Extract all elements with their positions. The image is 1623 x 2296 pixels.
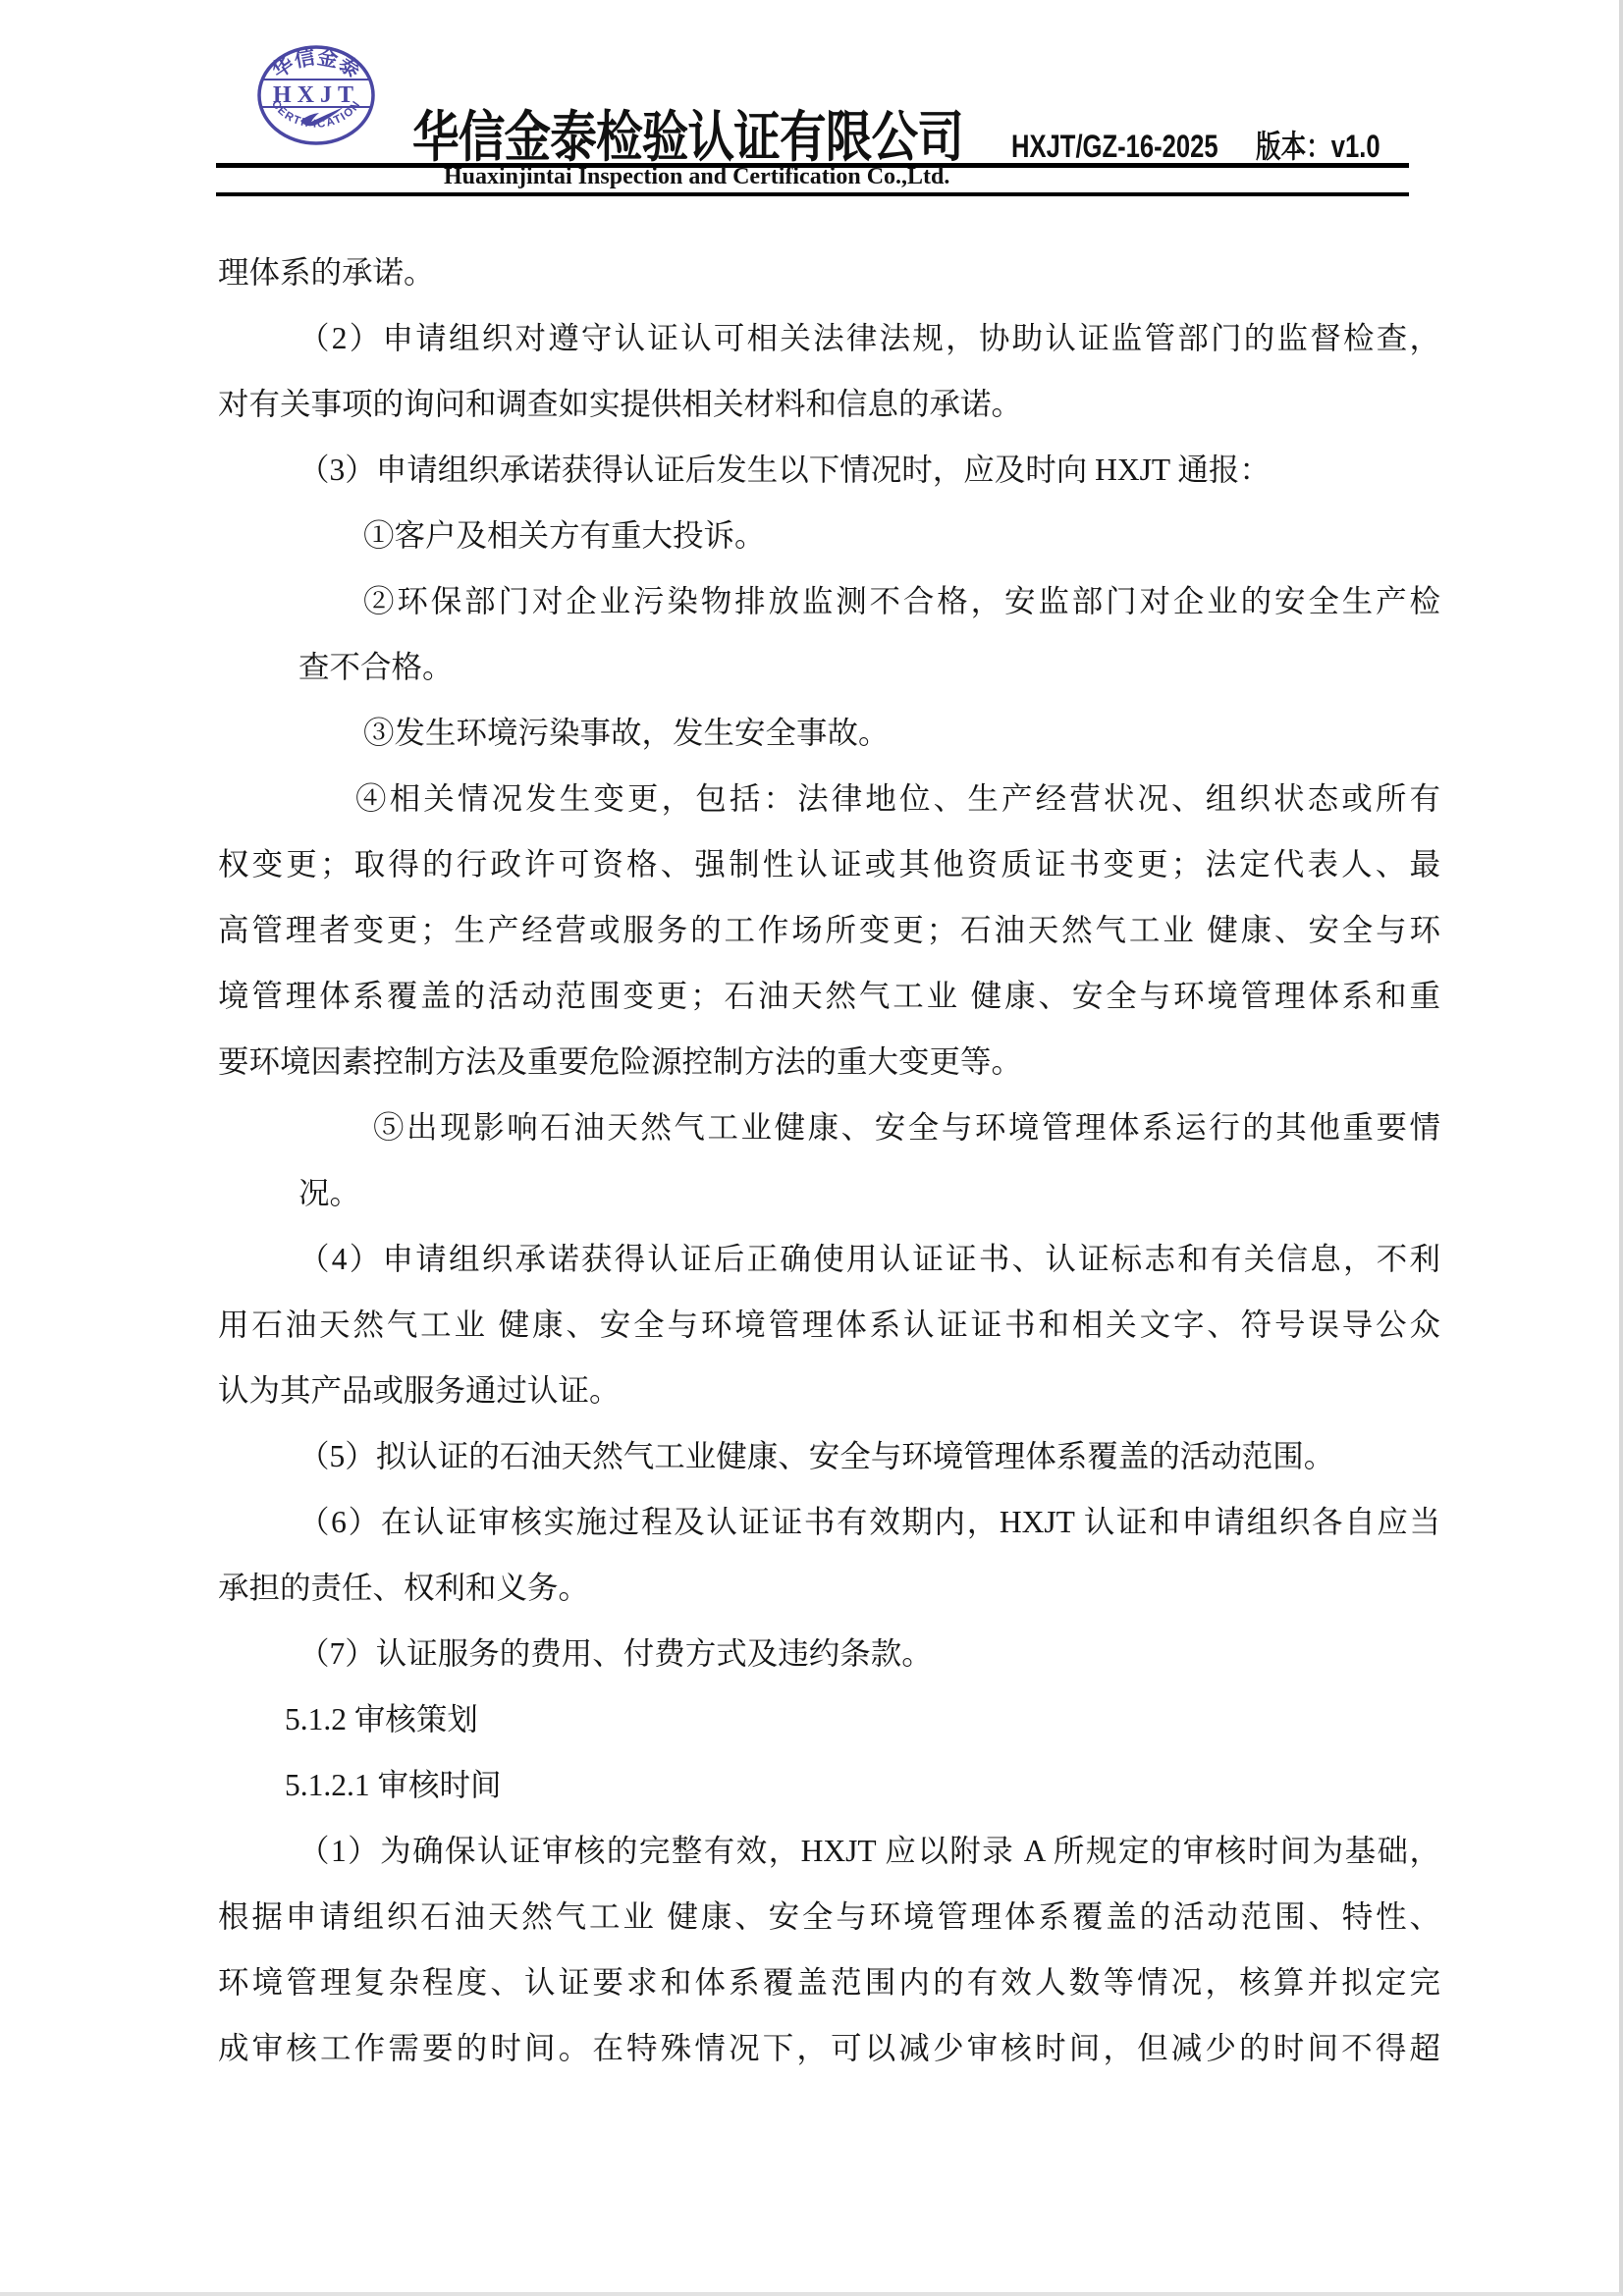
text-line: 环境管理复杂程度、认证要求和体系覆盖范围内的有效人数等情况，核算并拟定完 xyxy=(218,1949,1440,2015)
seal-middle-text: HXJT xyxy=(273,82,359,108)
text-line: （7）认证服务的费用、付费方式及违约条款。 xyxy=(218,1621,1440,1686)
text-line: 查不合格。 xyxy=(218,634,1440,700)
document-body: 理体系的承诺。（2）申请组织对遵守认证认可相关法律法规，协助认证监管部门的监督检… xyxy=(218,240,1440,2081)
text-line: ③发生环境污染事故，发生安全事故。 xyxy=(218,700,1440,766)
text-line: （6）在认证审核实施过程及认证证书有效期内，HXJT 认证和申请组织各自应当 xyxy=(218,1489,1440,1555)
text-line: 承担的责任、权利和义务。 xyxy=(218,1555,1440,1621)
text-line: 5.1.2 审核策划 xyxy=(218,1686,1440,1752)
text-line: ⑤出现影响石油天然气工业健康、安全与环境管理体系运行的其他重要情 xyxy=(218,1095,1440,1160)
document-page: 华信金泰 HXJT CERTIFICATION 华信金泰检验认证有限公司 HXJ… xyxy=(0,0,1623,2296)
company-name-en: Huaxinjintai Inspection and Certificatio… xyxy=(444,164,949,190)
text-line: 理体系的承诺。 xyxy=(218,240,1440,305)
text-line: 权变更；取得的行政许可资格、强制性认证或其他资质证书变更；法定代表人、最 xyxy=(218,831,1440,897)
text-line: 根据申请组织石油天然气工业 健康、安全与环境管理体系覆盖的活动范围、特性、 xyxy=(218,1884,1440,1949)
text-line: ④相关情况发生变更，包括：法律地位、生产经营状况、组织状态或所有 xyxy=(218,766,1440,831)
doc-number: HXJT/GZ-16-2025 xyxy=(1011,129,1218,165)
text-line: 况。 xyxy=(218,1160,1440,1226)
company-name-cn: 华信金泰检验认证有限公司 xyxy=(412,94,963,173)
text-line: 要环境因素控制方法及重要危险源控制方法的重大变更等。 xyxy=(218,1029,1440,1095)
text-line: （3）申请组织承诺获得认证后发生以下情况时，应及时向 HXJT 通报： xyxy=(218,437,1440,503)
text-line: （4）申请组织承诺获得认证后正确使用认证证书、认证标志和有关信息，不利 xyxy=(218,1226,1440,1292)
text-line: 境管理体系覆盖的活动范围变更；石油天然气工业 健康、安全与环境管理体系和重 xyxy=(218,963,1440,1029)
doc-version: 版本：v1.0 xyxy=(1256,122,1380,167)
text-line: （1）为确保认证审核的完整有效，HXJT 应以附录 A 所规定的审核时间为基础， xyxy=(218,1818,1440,1884)
text-line: （5）拟认证的石油天然气工业健康、安全与环境管理体系覆盖的活动范围。 xyxy=(218,1423,1440,1489)
text-line: （2）申请组织对遵守认证认可相关法律法规，协助认证监管部门的监督检查， xyxy=(218,305,1440,371)
text-line: 高管理者变更；生产经营或服务的工作场所变更；石油天然气工业 健康、安全与环 xyxy=(218,897,1440,963)
text-line: 认为其产品或服务通过认证。 xyxy=(218,1358,1440,1423)
text-line: 5.1.2.1 审核时间 xyxy=(218,1752,1440,1818)
seal-top-text: 华信金泰 xyxy=(268,45,365,82)
seal-icon: 华信金泰 HXJT CERTIFICATION xyxy=(255,43,377,149)
text-line: 用石油天然气工业 健康、安全与环境管理体系认证证书和相关文字、符号误导公众 xyxy=(218,1292,1440,1358)
text-line: 成审核工作需要的时间。在特殊情况下，可以减少审核时间，但减少的时间不得超 xyxy=(218,2015,1440,2081)
text-line: ②环保部门对企业污染物排放监测不合格，安监部门对企业的安全生产检 xyxy=(218,568,1440,634)
doc-meta: HXJT/GZ-16-2025 版本：v1.0 xyxy=(1011,122,1380,167)
svg-text:华信金泰: 华信金泰 xyxy=(268,45,365,82)
header-rule-bottom xyxy=(216,192,1409,196)
text-line: 对有关事项的询问和调查如实提供相关材料和信息的承诺。 xyxy=(218,371,1440,437)
company-seal-logo: 华信金泰 HXJT CERTIFICATION xyxy=(255,43,377,149)
text-line: ①客户及相关方有重大投诉。 xyxy=(218,503,1440,568)
